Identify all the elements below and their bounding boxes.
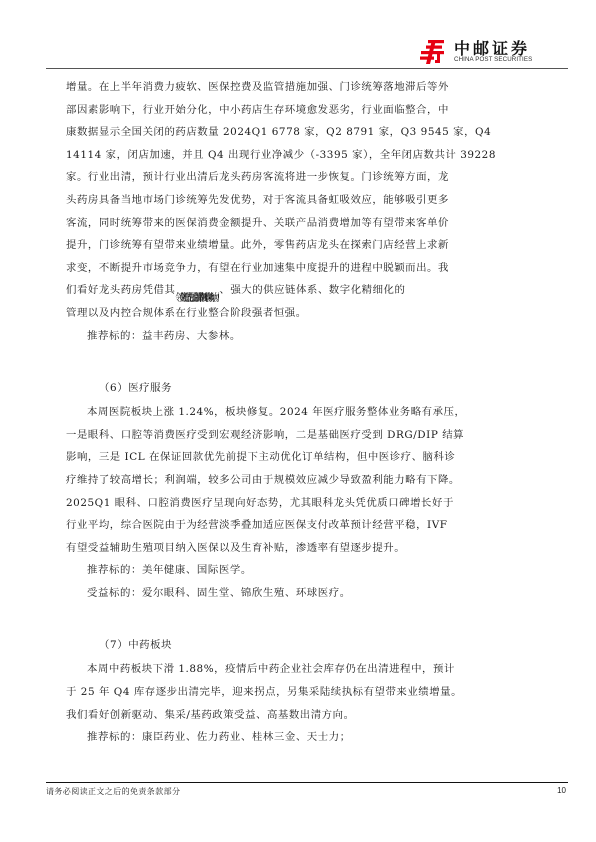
china-post-logo-icon bbox=[418, 37, 446, 65]
pharmacy-recommendation: 推荐标的：益丰药房、大参林。 bbox=[66, 325, 563, 348]
paragraph-line: 管理以及内控合规体系在行业整合阶段强者恒强。 bbox=[66, 302, 563, 325]
paragraph-line: 求变，不断提升市场竞争力，有望在行业加速集中度提升的进程中脱颖而出。我 bbox=[66, 257, 563, 280]
paragraph-line: 部因素影响下，行业开始分化，中小药店生存环境愈发恶劣，行业面临整合，中 bbox=[66, 99, 563, 122]
section-7-paragraph: 本周中药板块下滑 1.88%，疫情后中药企业社会库存仍在出清进程中，预计 于 2… bbox=[66, 658, 563, 726]
overlapping-text: 领先的品牌影响力领先的品牌影响力 bbox=[175, 288, 219, 302]
paragraph-line: 有望受益辅助生殖项目纳入医保以及生育补贴，渗透率有望逐步提升。 bbox=[66, 537, 563, 560]
page-header: 中邮证券 CHINA POST SECURITIES bbox=[0, 0, 596, 70]
document-body: 增量。在上半年消费力疲软、医保控费及监管措施加强、门诊统筹落地滞后等外 部因素影… bbox=[66, 76, 563, 749]
section-7-heading: （7）中药板块 bbox=[99, 634, 563, 656]
line-suffix: 、强大的供应链体系、数字化精细化的 bbox=[219, 284, 405, 296]
section-6-recommendation: 推荐标的：美年健康、国际医学。 bbox=[66, 559, 563, 582]
paragraph-line: 一是眼科、口腔等消费医疗受到宏观经济影响，二是基础医疗受到 DRG/DIP 结算 bbox=[66, 424, 563, 447]
paragraph-line: 头药房具备当地市场门诊统筹先发优势，对于客流具备虹吸效应，能够吸引更多 bbox=[66, 189, 563, 212]
logo-english-name: CHINA POST SECURITIES bbox=[454, 56, 532, 63]
pharmacy-paragraph: 增量。在上半年消费力疲软、医保控费及监管措施加强、门诊统筹落地滞后等外 部因素影… bbox=[66, 76, 563, 325]
paragraph-line: 增量。在上半年消费力疲软、医保控费及监管措施加强、门诊统筹落地滞后等外 bbox=[66, 76, 563, 99]
section-6-heading: （6）医疗服务 bbox=[99, 377, 563, 399]
paragraph-line: 2025Q1 眼科、口腔消费医疗呈现向好态势，尤其眼科龙头凭优质口碑增长好于 bbox=[66, 492, 563, 515]
paragraph-line: 我们看好创新驱动、集采/基药政策受益、高基数出清方向。 bbox=[66, 704, 563, 727]
paragraph-line: 提升，门诊统筹有望带来业绩增量。此外，零售药店龙头在探索门店经营上求新 bbox=[66, 234, 563, 257]
section-6-paragraph: 本周医院板块上涨 1.24%，板块修复。2024 年医疗服务整体业务略有承压， … bbox=[66, 401, 563, 559]
paragraph-line: 行业平均，综合医院由于为经营淡季叠加适应医保支付改革预计经营平稳，IVF bbox=[66, 514, 563, 537]
paragraph-line: 们看好龙头药房凭借其领先的品牌影响力领先的品牌影响力、强大的供应链体系、数字化精… bbox=[66, 279, 563, 302]
paragraph-line: 本周中药板块下滑 1.88%，疫情后中药企业社会库存仍在出清进程中，预计 bbox=[66, 658, 563, 681]
paragraph-line: 本周医院板块上涨 1.24%，板块修复。2024 年医疗服务整体业务略有承压， bbox=[66, 401, 563, 424]
page-number: 10 bbox=[528, 786, 566, 795]
header-divider bbox=[46, 68, 568, 69]
section-6-beneficiaries: 受益标的：爱尔眼科、固生堂、锦欣生殖、环球医疗。 bbox=[66, 582, 563, 605]
paragraph-line: 14114 家，闭店加速，并且 Q4 出现行业净减少（-3395 家），全年闭店… bbox=[66, 144, 563, 167]
disclaimer-note: 请务必阅读正文之后的免责条款部分 bbox=[46, 786, 180, 797]
paragraph-line: 客流，同时统筹带来的医保消费金额提升、关联产品消费增加等有望带来客单价 bbox=[66, 212, 563, 235]
company-logo: 中邮证券 CHINA POST SECURITIES bbox=[418, 37, 568, 65]
section-7-recommendation: 推荐标的：康臣药业、佐力药业、桂林三金、天士力； bbox=[66, 726, 563, 749]
overlap-b: 领先的品牌影响力 bbox=[179, 288, 219, 302]
paragraph-line: 影响，三是 ICL 在保证回款优先前提下主动优化订单结构，但中医诊疗、脑科诊 bbox=[66, 446, 563, 469]
paragraph-line: 于 25 年 Q4 库存逐步出清完毕，迎来拐点，另集采陆续执标有望带来业绩增量。 bbox=[66, 681, 563, 704]
paragraph-line: 疗维持了较高增长；利润端，较多公司由于规模效应减少导致盈利能力略有下降。 bbox=[66, 469, 563, 492]
line-prefix: 们看好龙头药房凭借其 bbox=[66, 284, 175, 296]
paragraph-line: 家。行业出清，预计行业出清后龙头药房客流将进一步恢复。门诊统筹方面，龙 bbox=[66, 166, 563, 189]
paragraph-line: 康数据显示全国关闭的药店数量 2024Q1 6778 家，Q2 8791 家，Q… bbox=[66, 121, 563, 144]
footer-divider bbox=[46, 782, 568, 783]
